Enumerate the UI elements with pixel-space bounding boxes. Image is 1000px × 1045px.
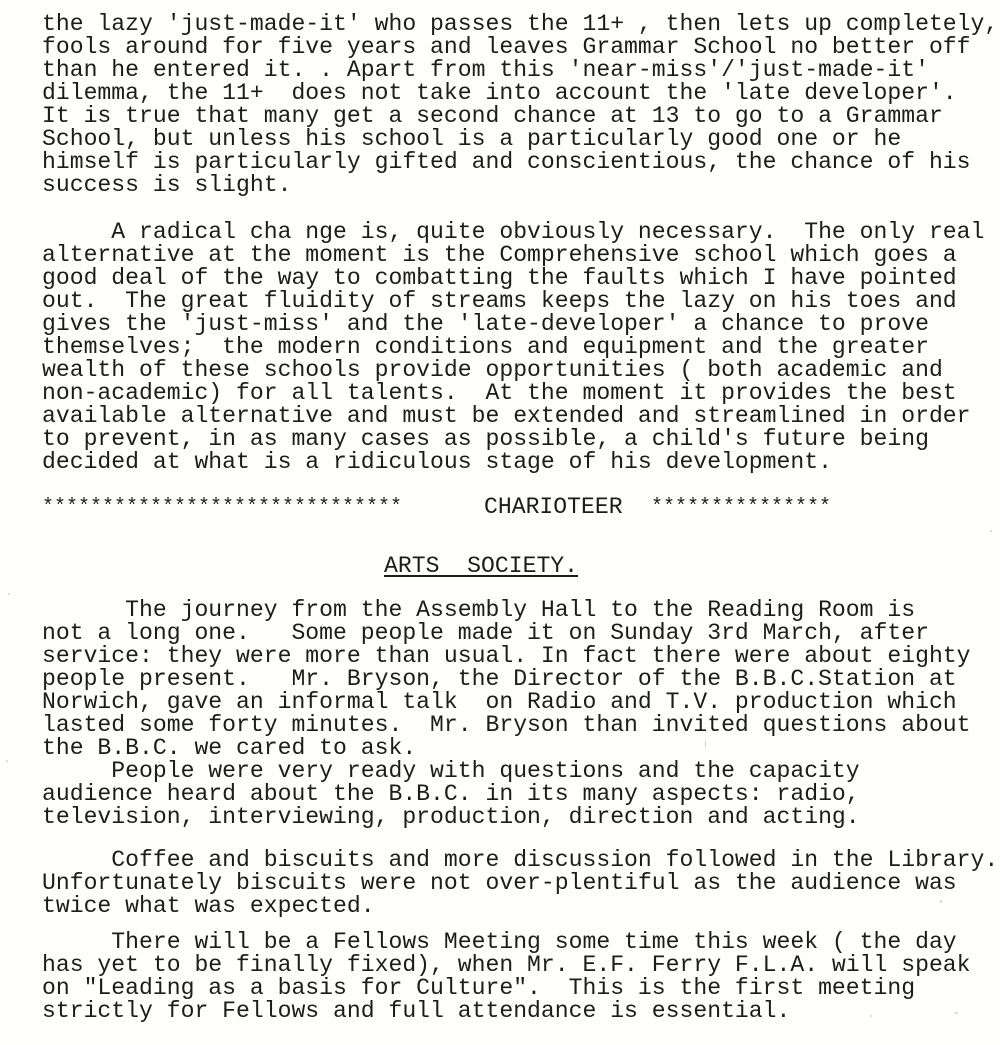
text-line: good deal of the way to combatting the f… — [42, 267, 957, 290]
paper-speck — [990, 530, 992, 532]
text-line: People were very ready with questions an… — [42, 760, 860, 783]
text-line: twice what was expected. — [42, 895, 375, 918]
text-line: Norwich, gave an informal talk on Radio … — [42, 691, 957, 714]
text-line: wealth of these schools provide opportun… — [42, 359, 943, 382]
text-line: dilemma, the 11+ does not take into acco… — [42, 82, 957, 105]
separator-right-stars: *************** — [651, 496, 831, 519]
text-line: Coffee and biscuits and more discussion … — [42, 849, 998, 872]
paper-speck — [6, 760, 8, 762]
text-line: television, interviewing, production, di… — [42, 806, 860, 829]
text-line: School, but unless his school is a parti… — [42, 128, 901, 151]
text-line: on "Leading as a basis for Culture". Thi… — [42, 977, 915, 1000]
typewritten-page: the lazy 'just-made-it' who passes the 1… — [0, 0, 1000, 1045]
text-line: fools around for five years and leaves G… — [42, 36, 971, 59]
text-line: decided at what is a ridiculous stage of… — [42, 451, 832, 474]
text-line: non-academic) for all talents. At the mo… — [42, 382, 957, 405]
text-line: strictly for Fellows and full attendance… — [42, 1000, 790, 1023]
paper-speck — [705, 740, 706, 748]
text-line: alternative at the moment is the Compreh… — [42, 244, 957, 267]
author-signature: CHARIOTEER — [484, 496, 623, 519]
text-line: audience heard about the B.B.C. in its m… — [42, 783, 860, 806]
text-line: lasted some forty minutes. Mr. Bryson th… — [42, 714, 971, 737]
text-line: than he entered it. . Apart from this 'n… — [42, 59, 929, 82]
text-line: out. The great fluidity of streams keeps… — [42, 290, 957, 313]
text-line: to prevent, in as many cases as possible… — [42, 428, 929, 451]
text-line: people present. Mr. Bryson, the Director… — [42, 668, 957, 691]
text-line: gives the 'just-miss' and the 'late-deve… — [42, 313, 929, 336]
text-line: It is true that many get a second chance… — [42, 105, 943, 128]
text-line: has yet to be finally fixed), when Mr. E… — [42, 954, 971, 977]
text-line: the lazy 'just-made-it' who passes the 1… — [42, 13, 998, 36]
text-line: A radical cha nge is, quite obviously ne… — [42, 221, 984, 244]
text-line: available alternative and must be extend… — [42, 405, 971, 428]
paper-speck — [940, 900, 942, 903]
paper-speck — [955, 1012, 958, 1014]
section-heading-arts-society: ARTS SOCIETY. — [384, 555, 578, 578]
text-line: success is slight. — [42, 174, 291, 197]
text-line: themselves; the modern conditions and eq… — [42, 336, 929, 359]
paper-speck — [8, 593, 10, 595]
text-line: service: they were more than usual. In f… — [42, 645, 971, 668]
text-line: The journey from the Assembly Hall to th… — [42, 599, 915, 622]
text-line: the B.B.C. we cared to ask. — [42, 737, 416, 760]
separator-left-stars: ****************************** — [42, 496, 402, 519]
text-line: Unfortunately biscuits were not over-ple… — [42, 872, 957, 895]
text-line: There will be a Fellows Meeting some tim… — [42, 931, 957, 954]
text-line: himself is particularly gifted and consc… — [42, 151, 971, 174]
text-line: not a long one. Some people made it on S… — [42, 622, 929, 645]
paper-speck — [870, 1015, 872, 1017]
